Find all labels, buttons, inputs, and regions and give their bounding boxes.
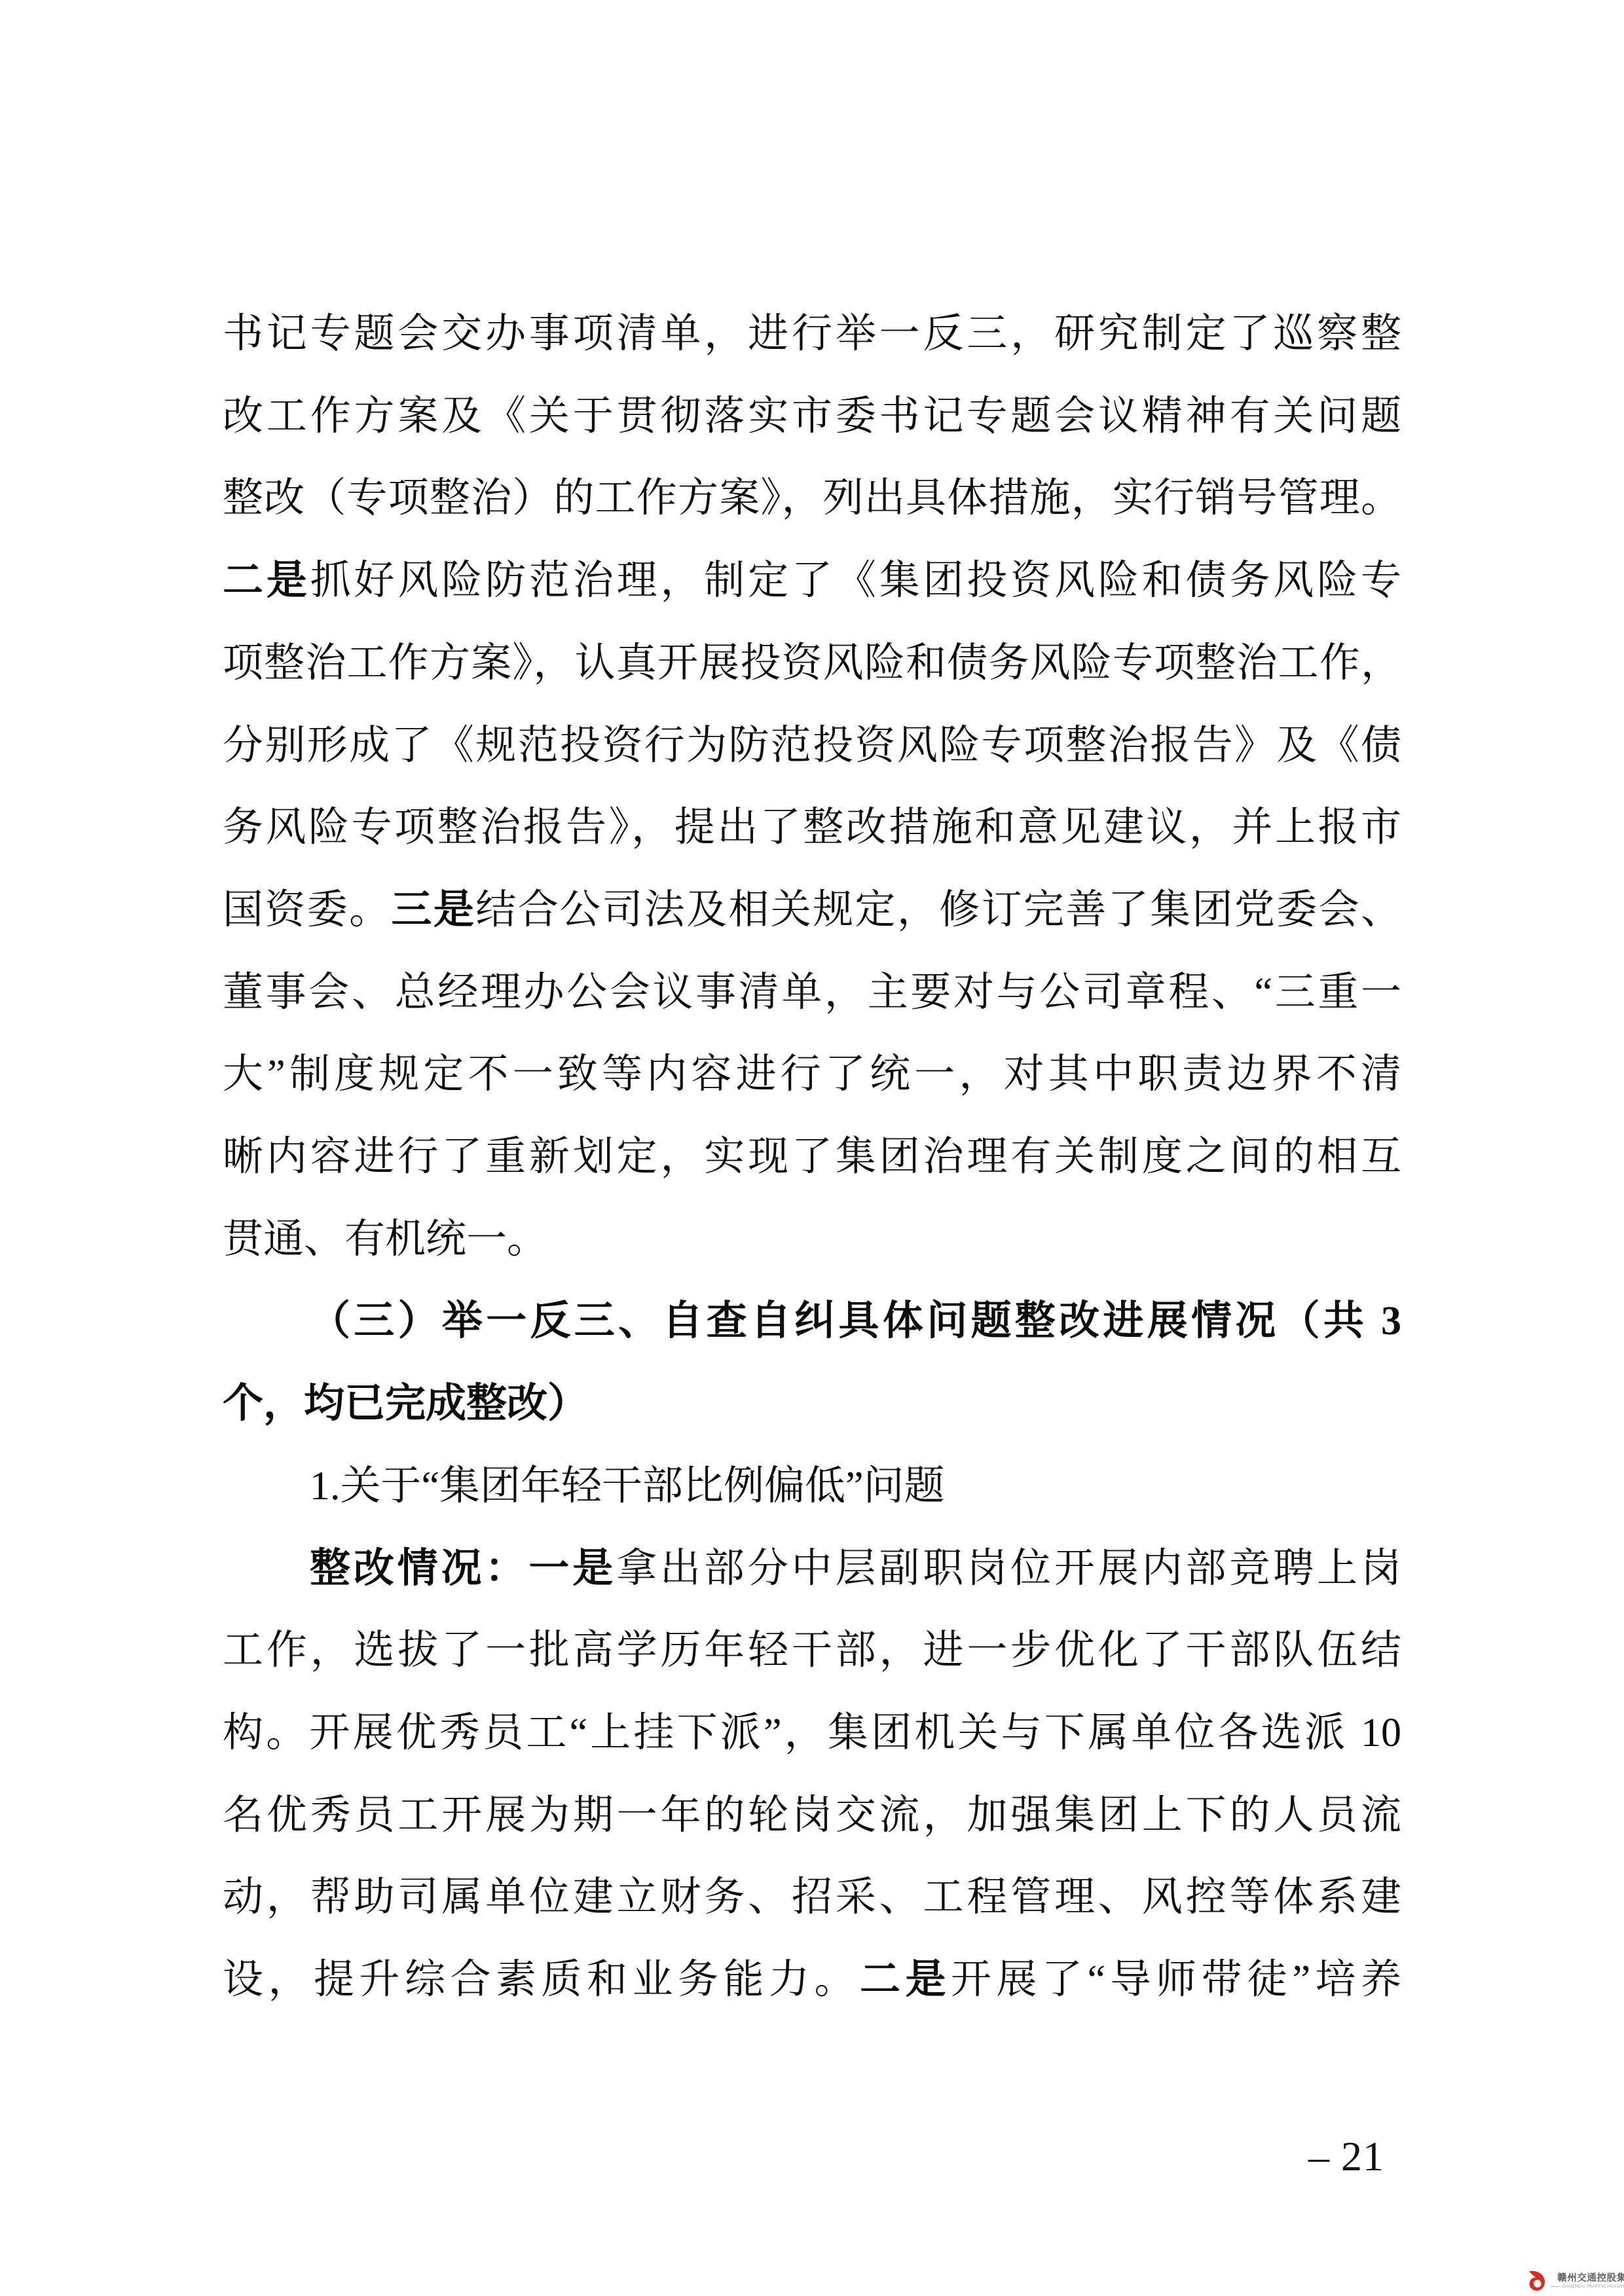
logo-rule-left — [1551, 2286, 1560, 2287]
text-segment: 开展了“导师带徒”培养 — [951, 1958, 1401, 2002]
text-segment: 抓好风险防范治理，制定了《集团投资风险和债务风险专 — [310, 558, 1401, 603]
text-segment: 分别形成了《规范投资行为防范投资风险专项整治报告》及《债 — [223, 723, 1401, 768]
text-segment: 设，提升综合素质和业务能力。 — [223, 1958, 860, 2002]
text-line: 大”制度规定不一致等内容进行了统一，对其中职责边界不清 — [223, 1034, 1401, 1116]
text-segment: 贯通、有机统一。 — [223, 1217, 547, 1262]
text-line: 工作，选拔了一批高学历年轻干部，进一步优化了干部队伍结 — [223, 1610, 1401, 1692]
company-logo-text: 赣州交通控股集团 GANZHOU TRAFFIC HOLDINGS — [1551, 2274, 1624, 2289]
text-line: 二是抓好风险防范治理，制定了《集团投资风险和债务风险专 — [223, 540, 1401, 623]
text-line: 整改（专项整治）的工作方案》，列出具体措施，实行销号管理。 — [223, 458, 1401, 540]
document-page: 书记专题会交办事项清单，进行举一反三，研究制定了巡察整改工作方案及《关于贯彻落实… — [0, 0, 1624, 2296]
page-number: – 21 — [1308, 2136, 1384, 2178]
text-block: 书记专题会交办事项清单，进行举一反三，研究制定了巡察整改工作方案及《关于贯彻落实… — [223, 293, 1401, 2022]
text-segment: 1.关于“集团年轻干部比例偏低”问题 — [310, 1464, 945, 1508]
text-segment: 名优秀员工开展为期一年的轮岗交流，加强集团上下的人员流 — [223, 1793, 1401, 1838]
text-line: 晰内容进行了重新划定，实现了集团治理有关制度之间的相互 — [223, 1116, 1401, 1199]
text-line: 贯通、有机统一。 — [223, 1199, 1401, 1281]
company-name-cn: 赣州交通控股集团 — [1557, 2274, 1624, 2284]
text-segment: 结合公司法及相关规定，修订完善了集团党委会、 — [475, 888, 1401, 932]
text-line: 分别形成了《规范投资行为防范投资风险专项整治报告》及《债 — [223, 705, 1401, 788]
text-segment: 晰内容进行了重新划定，实现了集团治理有关制度之间的相互 — [223, 1135, 1401, 1179]
text-line: 个，均已完成整改） — [223, 1363, 1401, 1446]
text-segment-bold: 个，均已完成整改） — [223, 1381, 588, 1426]
text-line: 国资委。三是结合公司法及相关规定，修订完善了集团党委会、 — [223, 869, 1401, 952]
company-logo-icon — [1527, 2270, 1547, 2291]
text-segment: 拿出部分中层副职岗位开展内部竞聘上岗 — [616, 1546, 1401, 1591]
text-segment-bold: 整改情况： — [310, 1546, 528, 1591]
text-segment: 国资委。 — [223, 888, 391, 932]
footer-logo: 赣州交通控股集团 GANZHOU TRAFFIC HOLDINGS — [1527, 2270, 1624, 2291]
text-line: 董事会、总经理办公会议事清单，主要对与公司章程、“三重一 — [223, 952, 1401, 1034]
text-line: （三）举一反三、自查自纠具体问题整改进展情况（共 3 — [223, 1281, 1401, 1363]
company-name-en: GANZHOU TRAFFIC HOLDINGS — [1562, 2284, 1624, 2289]
text-line: 名优秀员工开展为期一年的轮岗交流，加强集团上下的人员流 — [223, 1775, 1401, 1857]
text-line: 改工作方案及《关于贯彻落实市委书记专题会议精神有关问题 — [223, 376, 1401, 458]
company-name-en-row: GANZHOU TRAFFIC HOLDINGS — [1551, 2284, 1624, 2289]
text-segment: 改工作方案及《关于贯彻落实市委书记专题会议精神有关问题 — [223, 394, 1401, 439]
text-line: 务风险专项整治报告》，提出了整改措施和意见建议，并上报市 — [223, 787, 1401, 869]
text-segment: 务风险专项整治报告》，提出了整改措施和意见建议，并上报市 — [223, 805, 1401, 850]
text-segment: 工作，选拔了一批高学历年轻干部，进一步优化了干部队伍结 — [223, 1628, 1401, 1673]
text-line: 1.关于“集团年轻干部比例偏低”问题 — [223, 1446, 1401, 1528]
text-segment-bold: 二是 — [223, 558, 310, 603]
text-line: 项整治工作方案》，认真开展投资风险和债务风险专项整治工作， — [223, 623, 1401, 705]
text-segment-bold: 一是 — [528, 1546, 616, 1591]
text-segment: 董事会、总经理办公会议事清单，主要对与公司章程、“三重一 — [223, 970, 1401, 1015]
text-segment: 项整治工作方案》，认真开展投资风险和债务风险专项整治工作， — [223, 641, 1401, 685]
text-segment: 构。开展优秀员工“上挂下派”，集团机关与下属单位各选派 10 — [223, 1711, 1401, 1755]
text-line: 整改情况：一是拿出部分中层副职岗位开展内部竞聘上岗 — [223, 1528, 1401, 1611]
text-line: 设，提升综合素质和业务能力。二是开展了“导师带徒”培养 — [223, 1939, 1401, 2022]
text-line: 动，帮助司属单位建立财务、招采、工程管理、风控等体系建 — [223, 1857, 1401, 1939]
text-segment-bold: 三是 — [391, 888, 475, 932]
text-segment: 大”制度规定不一致等内容进行了统一，对其中职责边界不清 — [223, 1052, 1401, 1097]
text-segment: 书记专题会交办事项清单，进行举一反三，研究制定了巡察整 — [223, 312, 1401, 356]
text-segment-bold: 二是 — [860, 1958, 951, 2002]
text-segment-bold: （三）举一反三、自查自纠具体问题整改进展情况（共 3 — [310, 1299, 1401, 1343]
text-line: 构。开展优秀员工“上挂下派”，集团机关与下属单位各选派 10 — [223, 1692, 1401, 1775]
text-segment: 动，帮助司属单位建立财务、招采、工程管理、风控等体系建 — [223, 1875, 1401, 1920]
text-segment: 整改（专项整治）的工作方案》，列出具体措施，实行销号管理。 — [223, 476, 1401, 520]
text-line: 书记专题会交办事项清单，进行举一反三，研究制定了巡察整 — [223, 293, 1401, 376]
